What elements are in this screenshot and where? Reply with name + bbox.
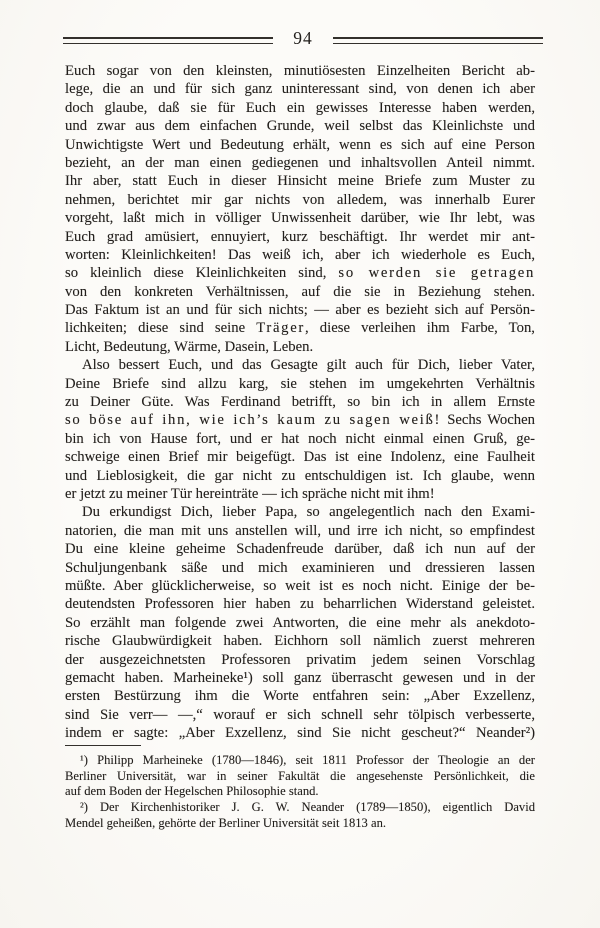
text-line: müßte. Aber glücklicherweise, so weit is… [65,577,535,595]
footnote-line: auf dem Boden der Hegelschen Philosophie… [65,784,535,800]
footnote: ¹) Philipp Marheineke (1780—1846), seit … [65,753,535,800]
text-line: Deine Briefe sind allzu karg, sie stehen… [65,375,535,393]
text-line: Also bessert Euch, und das Gesagte gilt … [65,356,535,374]
text-segment: , diese verleihen ihm Farbe, Ton, [305,320,535,336]
text-block: Euch sogar von den kleinsten, minutiöses… [65,62,535,742]
text-segment: so kleinlich diese Kleinlichkeiten sind, [65,265,338,281]
letterspaced-emphasis: Träger [256,320,305,336]
text-line: worten: Kleinlichkeiten! Das weiß ich, a… [65,246,535,264]
text-line: vorgeht, laßt mich in völliger Unwissenh… [65,209,535,227]
text-line: gemacht haben. Marheineke¹) soll ganz üb… [65,669,535,687]
page-number: 94 [293,30,313,48]
text-line: Licht, Bedeutung, Wärme, Dasein, Leben. [65,338,535,356]
text-segment: Sechs Wochen [441,412,535,428]
header-rule-left [63,37,273,44]
text-line: So erzählt man folgende zwei Antworten, … [65,614,535,632]
footnote-line: ²) Der Kirchenhistoriker J. G. W. Neande… [65,800,535,816]
letterspaced-emphasis: so werden sie getragen [338,265,535,281]
text-line: Euch grad amüsiert, ennuyiert, kurz besc… [65,228,535,246]
text-line: zu Deiner Güte. Was Ferdinand betrifft, … [65,393,535,411]
text-line: lichkeiten; diese sind seine Träger, die… [65,319,535,337]
footnote: ²) Der Kirchenhistoriker J. G. W. Neande… [65,800,535,831]
paragraph: Also bessert Euch, und das Gesagte gilt … [65,356,535,503]
paragraph: Du erkundigst Dich, lieber Papa, so ange… [65,503,535,742]
page-header: 94 [63,30,543,48]
text-line: und Lieblosigkeit, die gar nicht zu ents… [65,467,535,485]
letterspaced-emphasis: so böse auf ihn, wie ich’s kaum zu sagen… [65,412,441,428]
text-line: so böse auf ihn, wie ich’s kaum zu sagen… [65,411,535,429]
text-line: Ihr aber, statt Euch in dieser Hinsicht … [65,172,535,190]
text-line: sind Sie verr— —,“ worauf er sich schnel… [65,706,535,724]
text-line: schweige einen Brief mir beigefügt. Das … [65,448,535,466]
text-line: lege, die an und für sich ganz uninteres… [65,80,535,98]
text-line: Euch sogar von den kleinsten, minutiöses… [65,62,535,80]
text-line: so kleinlich diese Kleinlichkeiten sind,… [65,264,535,282]
text-line: rische Glaubwürdigkeit haben. Eichhorn s… [65,632,535,650]
text-segment: lichkeiten; diese sind seine [65,320,256,336]
text-line: Unwichtigste Wert und Bedeutung erhält, … [65,136,535,154]
text-line: von den konkreten Verhältnissen, auf die… [65,283,535,301]
paragraph: Euch sogar von den kleinsten, minutiöses… [65,62,535,356]
footnotes: ¹) Philipp Marheineke (1780—1846), seit … [65,753,535,831]
text-line: der ausgezeichnetsten Professoren privat… [65,651,535,669]
text-line: und zwar aus dem einfachen Grunde, weil … [65,117,535,135]
text-line: indem er sagte: „Aber Exzellenz, sind Si… [65,724,535,742]
footnote-separator [65,745,141,746]
text-line: natorien, die man mit uns anstellen will… [65,522,535,540]
footnote-line: Berliner Universität, war in seiner Faku… [65,769,535,785]
header-rule-right [333,37,543,44]
text-line: bin ich von Hause fort, und er hat noch … [65,430,535,448]
text-line: Schuljungenbank säße und mich examiniere… [65,559,535,577]
text-line: Du erkundigst Dich, lieber Papa, so ange… [65,503,535,521]
book-page: 94 Euch sogar von den kleinsten, minutiö… [0,0,600,928]
text-line: doch glaube, daß sie für Euch ein gewiss… [65,99,535,117]
text-line: nehmen, berichtet mir gar nichts von all… [65,191,535,209]
text-line: Das Faktum ist an und für sich nichts; —… [65,301,535,319]
text-line: bezieht, an der man einen gediegenen und… [65,154,535,172]
text-line: ersten Bestürzung ihm die Worte entfahre… [65,687,535,705]
footnote-line: Mendel geheißen, gehörte der Berliner Un… [65,816,535,832]
text-line: deutendsten Professoren hier haben zu be… [65,595,535,613]
text-line: Du eine kleine geheime Schadenfreude dar… [65,540,535,558]
text-line: er jetzt zu meiner Tür hereinträte — ich… [65,485,535,503]
footnote-line: ¹) Philipp Marheineke (1780—1846), seit … [65,753,535,769]
